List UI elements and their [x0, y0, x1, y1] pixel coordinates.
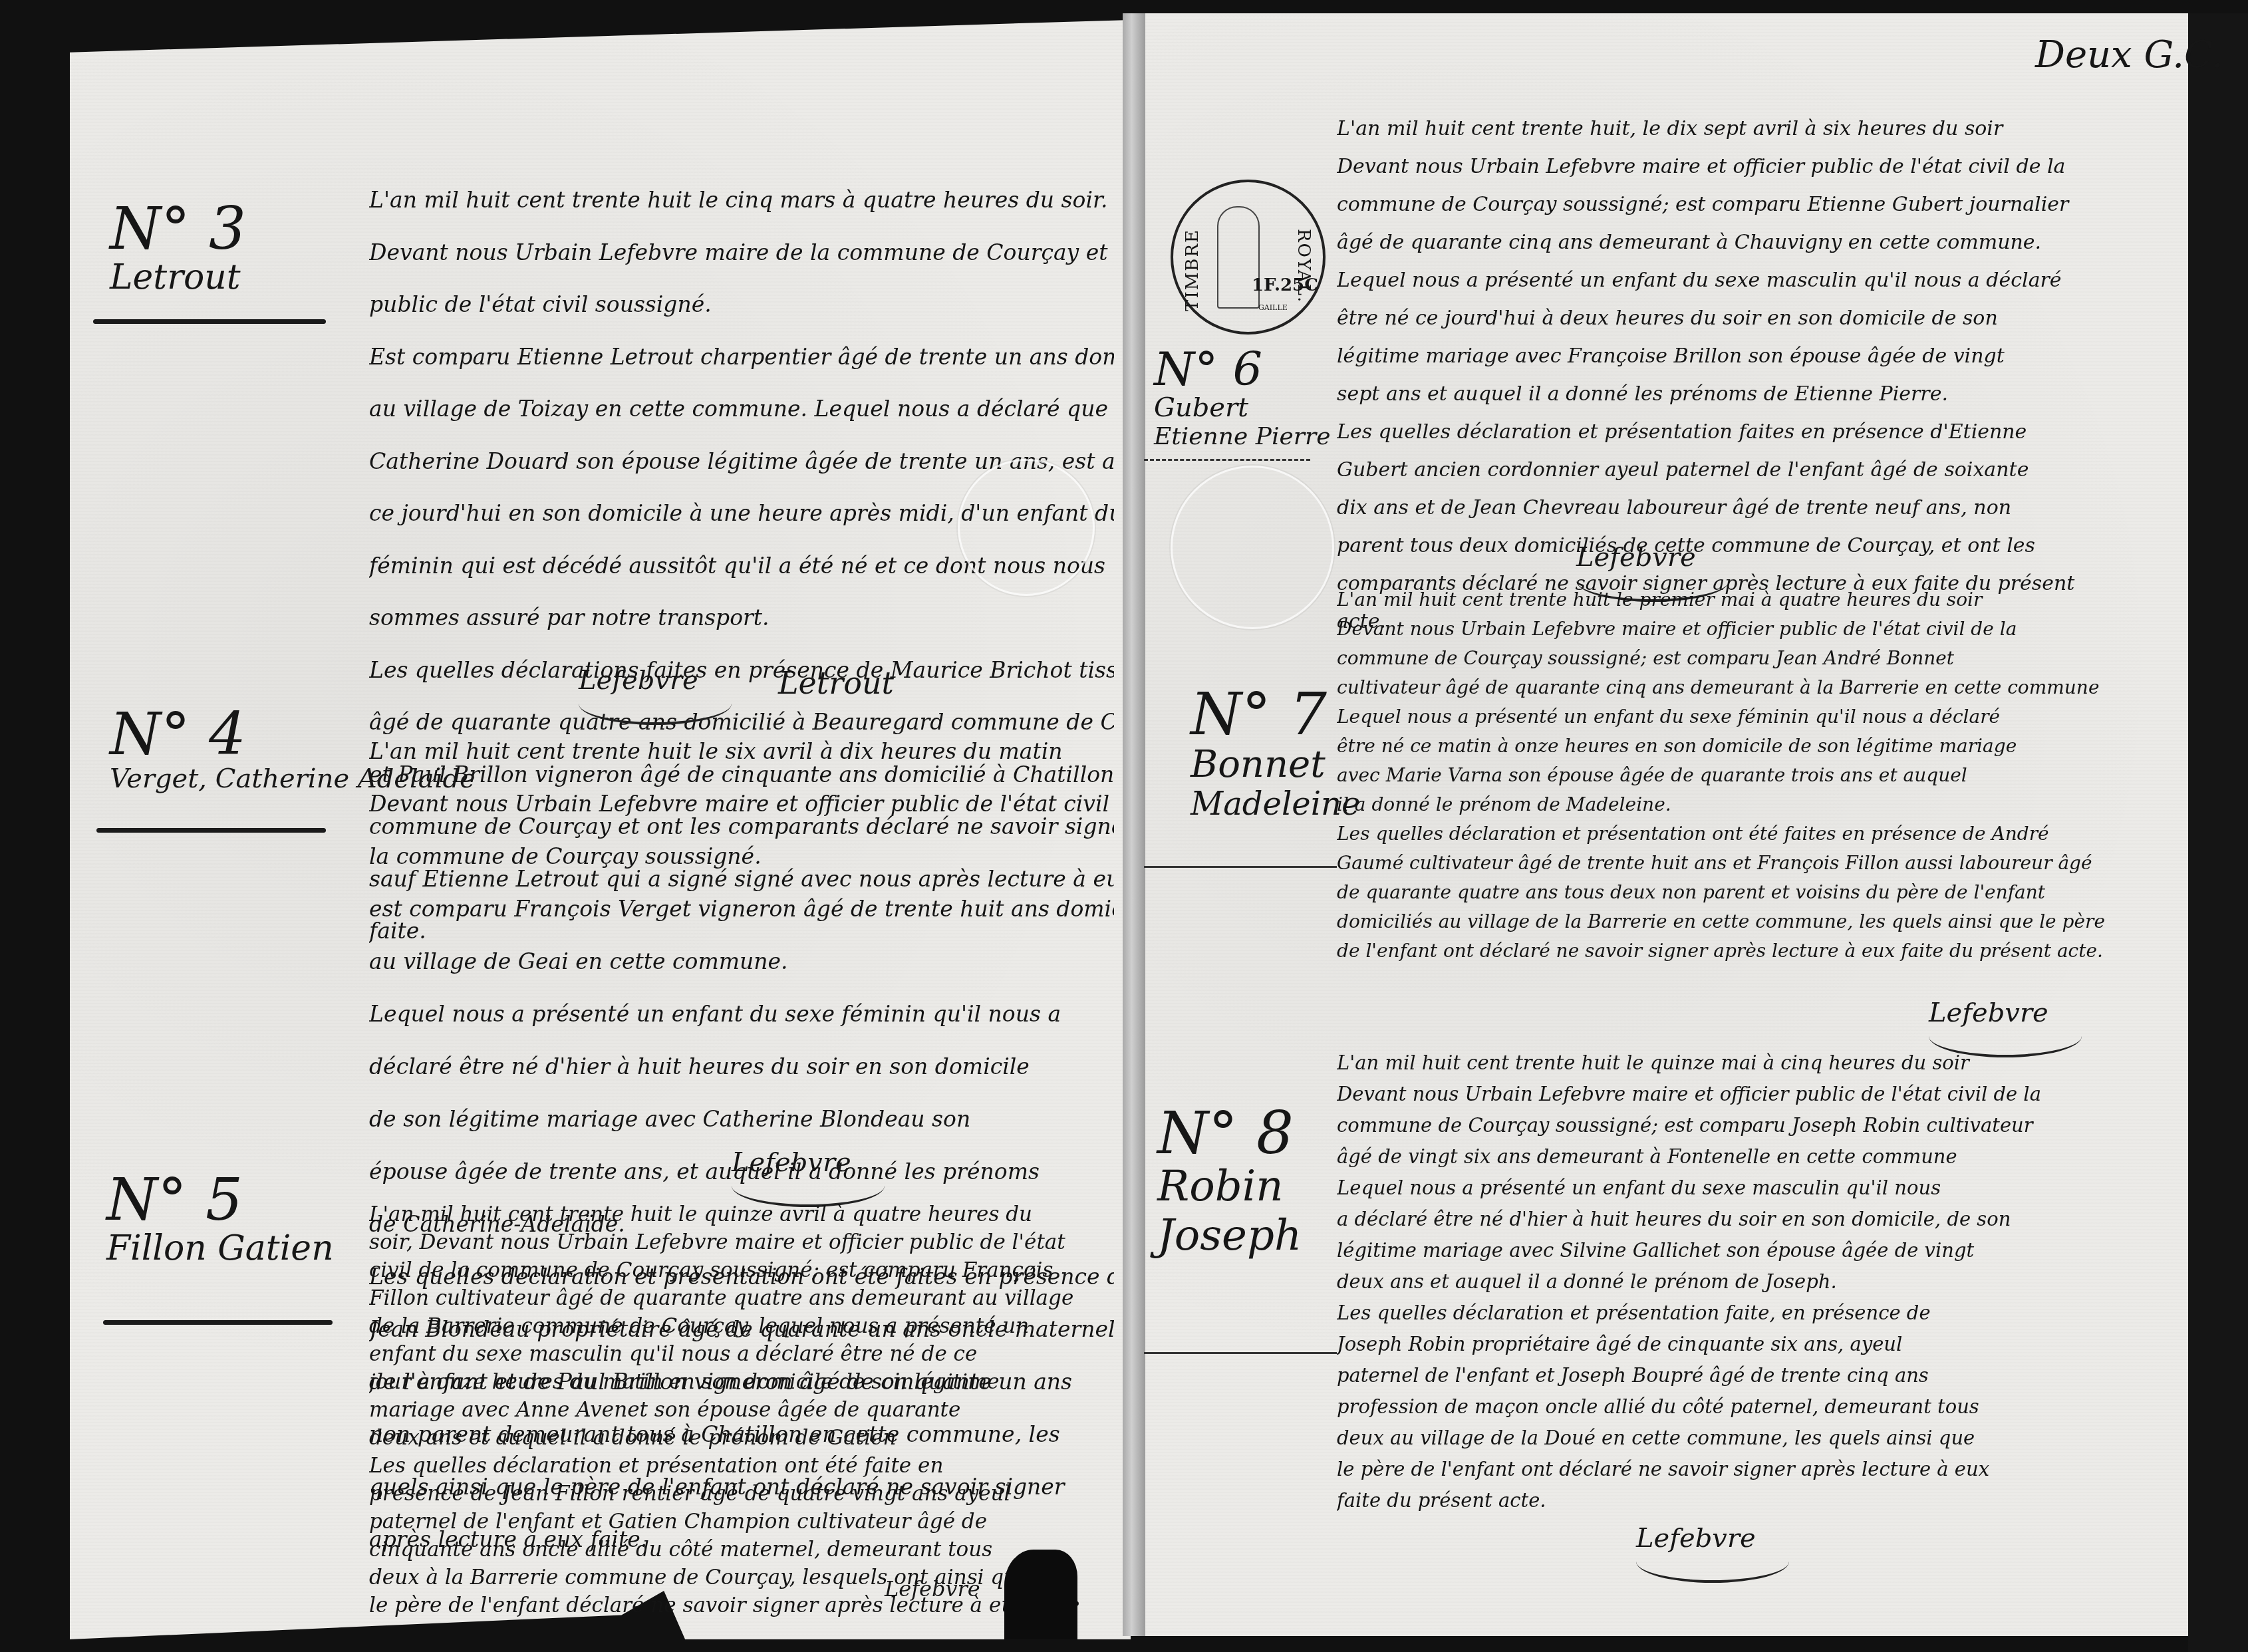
line: présence de Jean Fillon rentier âgé de q…	[369, 1480, 1114, 1508]
line: de quarante quatre ans tous deux non par…	[1337, 878, 2181, 907]
line: soir, Devant nous Urbain Lefebvre maire …	[369, 1228, 1114, 1256]
line: jour à onze heures du matin en son domic…	[369, 1368, 1114, 1396]
signature-declarant: Letrout	[778, 665, 894, 701]
margin-entry-3: N° 3 Letrout	[110, 200, 246, 298]
line: L'an mil huit cent trente huit le premie…	[1337, 585, 2181, 615]
entry-name: Robin	[1157, 1163, 1302, 1212]
line: cinquante ans oncle allié du côté matern…	[369, 1536, 1114, 1564]
line: commune de Courçay soussigné; est compar…	[1337, 186, 2181, 223]
line: Devant nous Urbain Lefebvre maire et off…	[1337, 1079, 2181, 1110]
line: Devant nous Urbain Lefebvre maire et off…	[1337, 148, 2181, 186]
line: commune de Courçay soussigné; est compar…	[1337, 644, 2181, 673]
line: le père de l'enfant déclaré ne savoir si…	[369, 1591, 1114, 1619]
margin-rule	[1144, 1352, 1337, 1354]
entry-name: Joseph	[1157, 1212, 1302, 1261]
line: être né ce jourd'hui à deux heures du so…	[1337, 299, 2181, 337]
entry-5-text: L'an mil huit cent trente huit le quinze…	[369, 1200, 1114, 1619]
line: la commune de Courçay soussigné.	[369, 830, 1114, 883]
line: Lequel nous a présenté un enfant du sexe…	[1337, 702, 2181, 732]
line: Joseph Robin propriétaire âgé de cinquan…	[1337, 1329, 2181, 1360]
line: au village de Geai en cette commune.	[369, 935, 1114, 988]
line: deux ans et auquel il a donné le prénom …	[369, 1424, 1114, 1452]
line: légitime mariage avec Françoise Brillon …	[1337, 337, 2181, 375]
line: âgé de vingt six ans demeurant à Fontene…	[1337, 1141, 2181, 1172]
line: Les quelles déclaration et présentation …	[369, 1452, 1114, 1480]
line: a déclaré être né d'hier à huit heures d…	[1337, 1204, 2181, 1235]
line: Gubert ancien cordonnier ayeul paternel …	[1337, 451, 2181, 489]
line: paternel de l'enfant et Joseph Boupré âg…	[1337, 1360, 2181, 1391]
margin-rule	[1144, 866, 1337, 868]
entry-name: Fillon Gatien	[106, 1229, 334, 1269]
line: L'an mil huit cent trente huit le six av…	[369, 725, 1114, 777]
entry-6-text: L'an mil huit cent trente huit, le dix s…	[1337, 110, 2181, 640]
signature-mayor: Lefebvre	[885, 1576, 980, 1601]
line: Devant nous Urbain Lefebvre maire de la …	[369, 227, 1114, 279]
line: sept ans et auquel il a donné les prénom…	[1337, 375, 2181, 413]
line: Fillon cultivateur âgé de quarante quatr…	[369, 1284, 1114, 1312]
line: Lequel nous a présenté un enfant du sexe…	[1337, 261, 2181, 299]
entry-8-text: L'an mil huit cent trente huit le quinze…	[1337, 1047, 2181, 1516]
line: Les quelles déclaration et présentation …	[1337, 1298, 2181, 1329]
margin-entry-7: N° 7 Bonnet Madeleine	[1191, 685, 1360, 823]
line: Lequel nous a présenté un enfant du sexe…	[1337, 1172, 2181, 1204]
line: est comparu François Verget vigneron âgé…	[369, 883, 1114, 935]
line: L'an mil huit cent trente huit le cinq m…	[369, 174, 1114, 227]
margin-rule	[96, 828, 326, 833]
line: être né ce matin à onze heures en son do…	[1337, 732, 2181, 761]
line: L'an mil huit cent trente huit le quinze…	[1337, 1047, 2181, 1079]
line: Est comparu Etienne Letrout charpentier …	[369, 331, 1114, 384]
line: mariage avec Anne Avenet son épouse âgée…	[369, 1396, 1114, 1424]
margin-entry-5: N° 5 Fillon Gatien	[106, 1170, 334, 1269]
timbre-royal-stamp: TIMBRE 1F.25C GAILLE ROYAL.	[1171, 180, 1326, 335]
signature-mayor: Lefebvre	[732, 1147, 885, 1207]
entry-name: Etienne Pierre	[1154, 423, 1330, 450]
line: enfant du sexe masculin qu'il nous a déc…	[369, 1340, 1114, 1368]
line: de l'enfant ont déclaré ne savoir signer…	[1337, 936, 2181, 966]
entry-number: N° 5	[106, 1170, 334, 1229]
signature-mayor: Lefebvre	[579, 665, 732, 725]
line: Gaumé cultivateur âgé de trente huit ans…	[1337, 849, 2181, 878]
line: paternel de l'enfant et Gatien Champion …	[369, 1508, 1114, 1536]
line: dix ans et de Jean Chevreau laboureur âg…	[1337, 489, 2181, 527]
line: de son légitime mariage avec Catherine B…	[369, 1093, 1114, 1145]
entry-number: N° 8	[1157, 1104, 1302, 1163]
line: L'an mil huit cent trente huit le quinze…	[369, 1200, 1114, 1228]
line: Lequel nous a présenté un enfant du sexe…	[369, 988, 1114, 1040]
entry-number: N° 3	[110, 200, 246, 258]
line: de la Barrerie commune de Courçay, leque…	[369, 1312, 1114, 1340]
signature-mayor: Lefebvre	[1636, 1523, 1789, 1583]
line: faite du présent acte.	[1337, 1485, 2181, 1516]
line: deux ans et auquel il a donné le prénom …	[1337, 1266, 2181, 1298]
line: déclaré être né d'hier à huit heures du …	[369, 1040, 1114, 1093]
line: sommes assuré par notre transport.	[369, 592, 1114, 644]
margin-rule	[103, 1320, 333, 1325]
line: parent tous deux domiciliés de cette com…	[1337, 527, 2181, 565]
line: Les quelles déclaration et présentation …	[1337, 819, 2181, 849]
embossed-seal	[958, 459, 1095, 596]
line: profession de maçon oncle allié du côté …	[1337, 1391, 2181, 1423]
scan-border	[2188, 13, 2248, 1652]
entry-number: N° 7	[1191, 685, 1360, 744]
line: le père de l'enfant ont déclaré ne savoi…	[1337, 1454, 2181, 1485]
entry-name: Madeleine	[1191, 786, 1360, 823]
margin-entry-8: N° 8 Robin Joseph	[1157, 1104, 1302, 1260]
line: commune de Courçay soussigné; est compar…	[1337, 1110, 2181, 1141]
line: Devant nous Urbain Lefebvre maire et off…	[1337, 615, 2181, 644]
margin-rule	[1144, 459, 1310, 463]
entry-name: Bonnet	[1191, 744, 1360, 786]
embossed-seal	[1171, 466, 1334, 629]
line: Les quelles déclaration et présentation …	[1337, 413, 2181, 451]
margin-entry-6: N° 6 Gubert Etienne Pierre	[1154, 346, 1330, 450]
torn-corner	[1004, 1550, 1077, 1639]
line: L'an mil huit cent trente huit, le dix s…	[1337, 110, 2181, 148]
line: civil de la commune de Courçay soussigné…	[369, 1256, 1114, 1284]
line: Les quelles déclarations faites en prése…	[369, 644, 1114, 697]
book-gutter	[1123, 13, 1145, 1636]
line: au village de Toizay en cette commune. L…	[369, 383, 1114, 436]
line: âgé de quarante cinq ans demeurant à Cha…	[1337, 223, 2181, 261]
line: Devant nous Urbain Lefebvre maire et off…	[369, 777, 1114, 830]
line: légitime mariage avec Silvine Gallichet …	[1337, 1235, 2181, 1266]
entry-7-text: L'an mil huit cent trente huit le premie…	[1337, 585, 2181, 966]
entry-number: N° 6	[1154, 346, 1330, 392]
corner-annotation: Deux G.C.	[2035, 33, 2223, 76]
line: public de l'état civil soussigné.	[369, 279, 1114, 331]
entry-name: Letrout	[110, 258, 246, 298]
line: domiciliés au village de la Barrerie en …	[1337, 907, 2181, 936]
line: deux au village de la Doué en cette comm…	[1337, 1423, 2181, 1454]
entry-name: Gubert	[1154, 392, 1330, 423]
margin-rule	[93, 319, 326, 324]
line: deux à la Barrerie commune de Courçay, l…	[369, 1564, 1114, 1591]
line: il a donné le prénom de Madeleine.	[1337, 790, 2181, 819]
line: avec Marie Varna son épouse âgée de quar…	[1337, 761, 2181, 790]
line: cultivateur âgé de quarante cinq ans dem…	[1337, 673, 2181, 702]
